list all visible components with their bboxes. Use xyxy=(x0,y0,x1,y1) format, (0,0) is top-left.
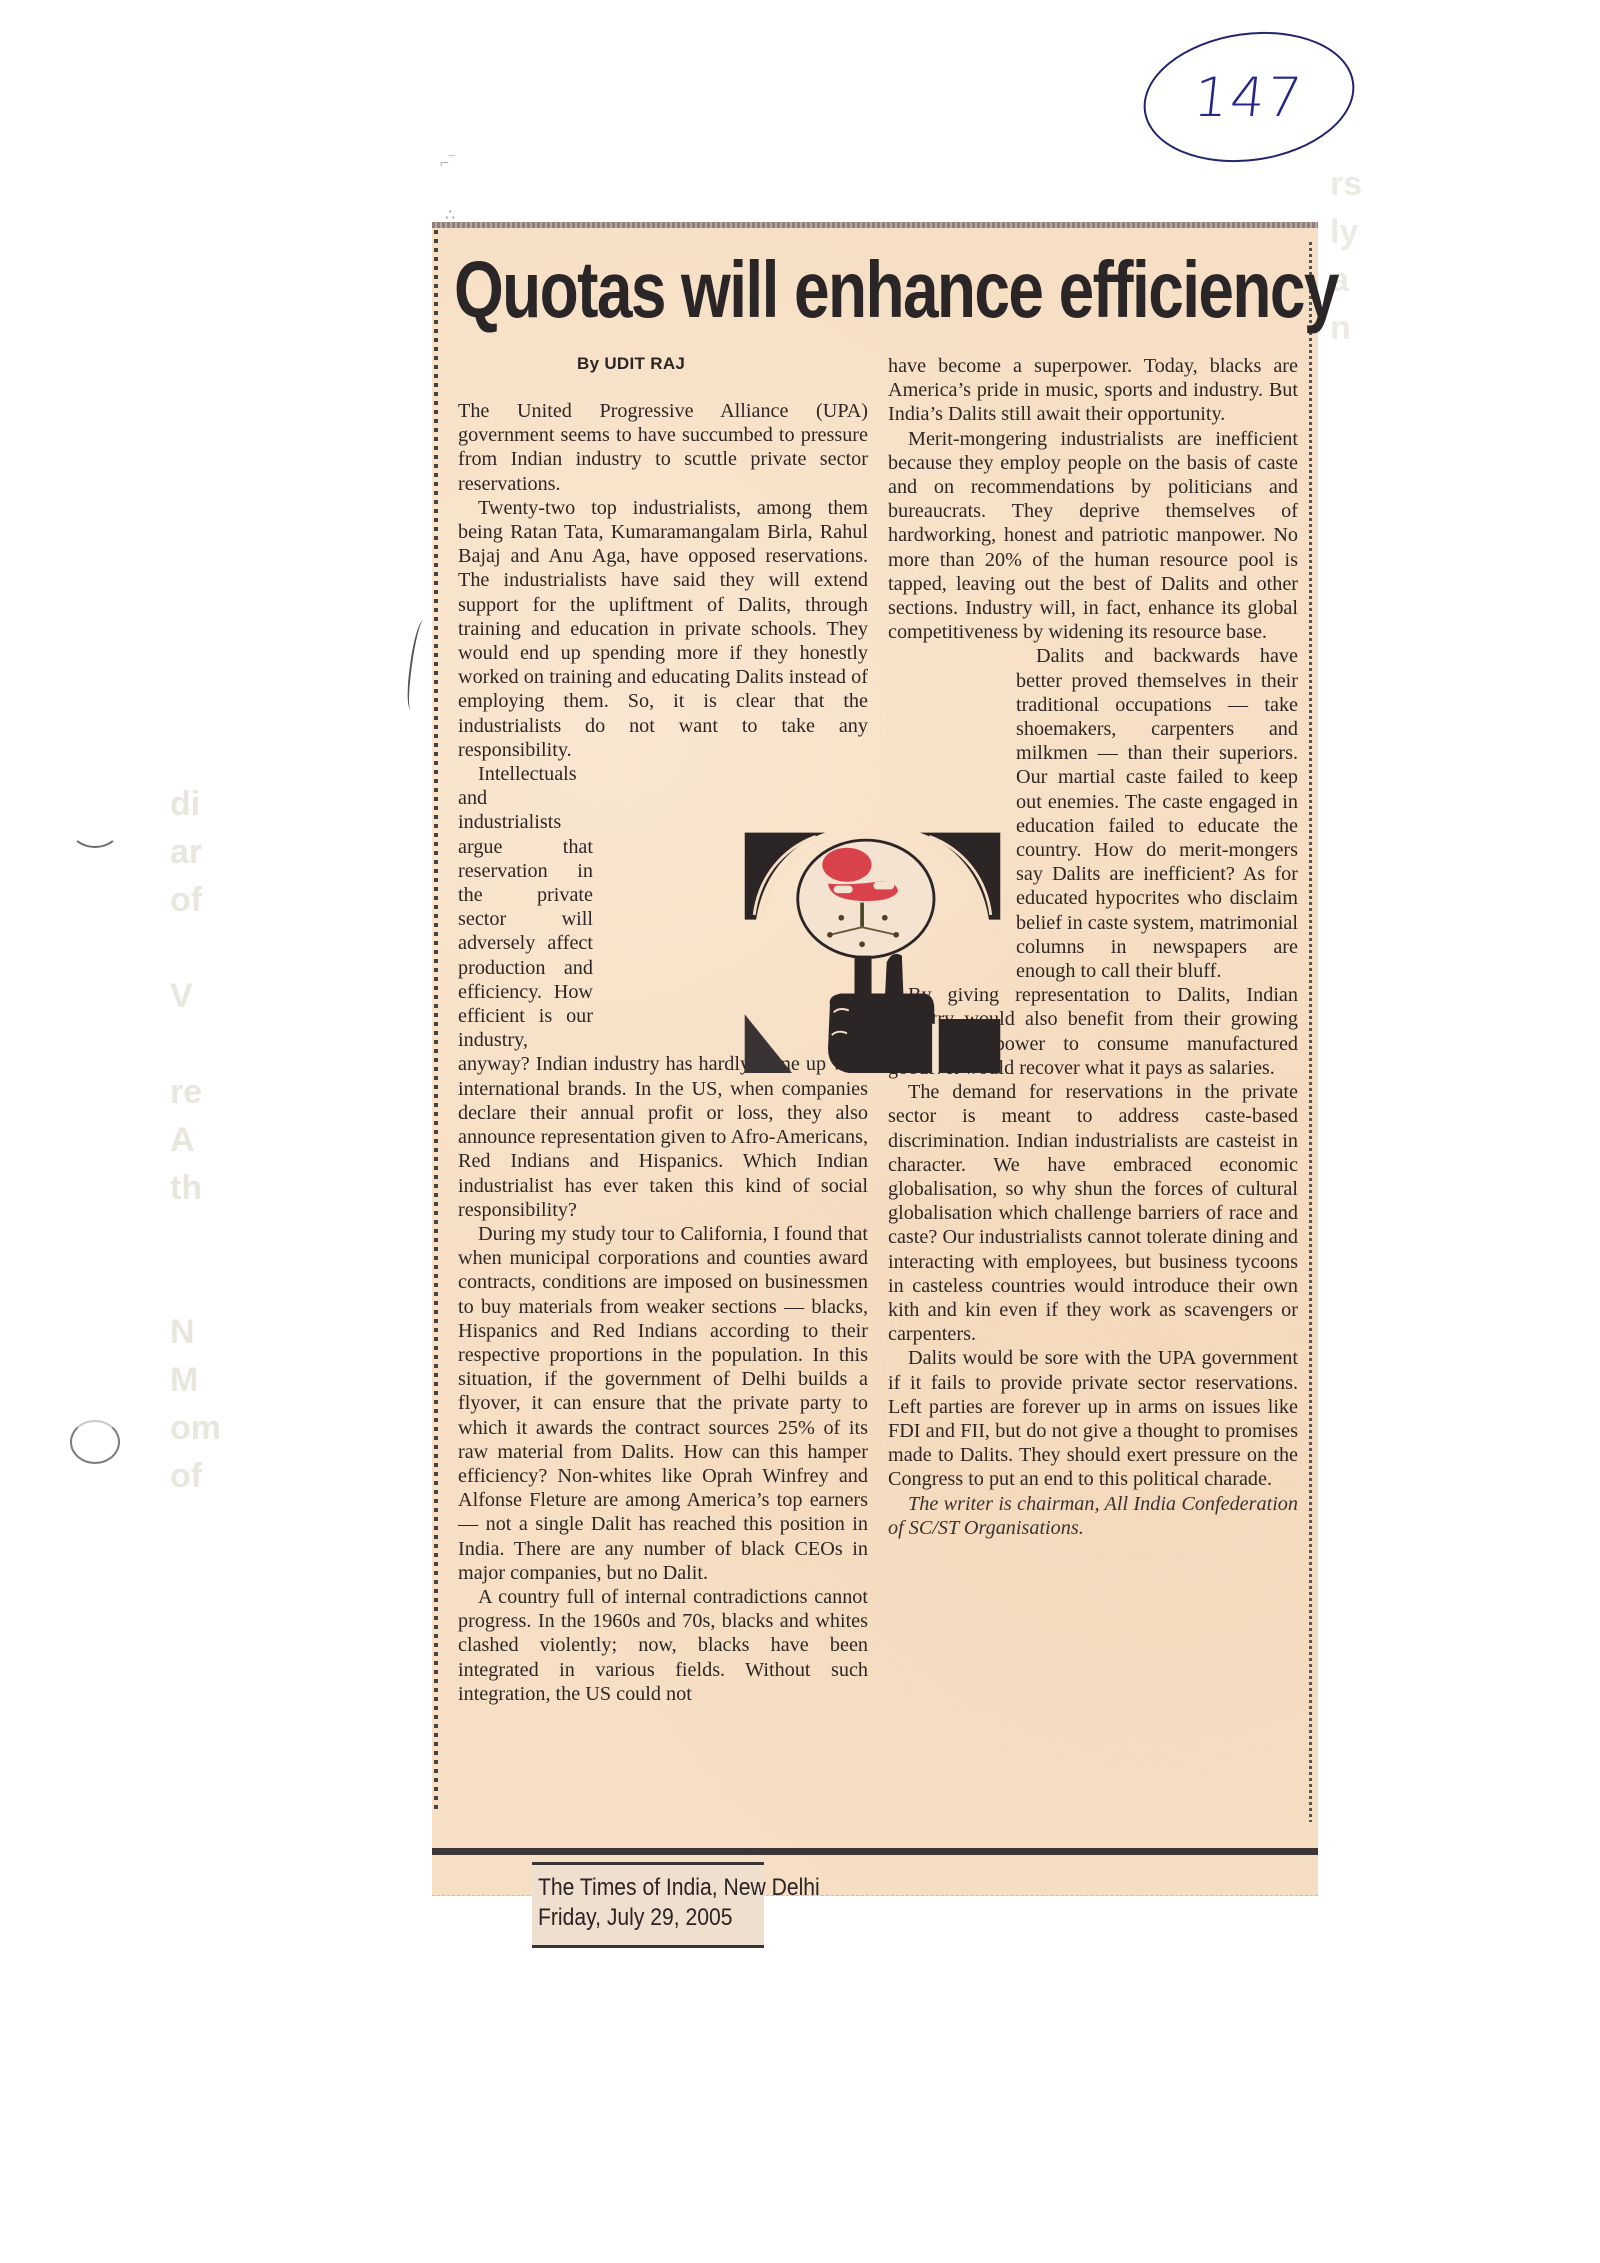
headline: Quotas will enhance efficiency xyxy=(454,248,1142,332)
paragraph: Merit-mongering industrialists are ineff… xyxy=(888,427,1298,645)
paragraph: During my study tour to California, I fo… xyxy=(458,1222,868,1585)
page-number-text: 147 xyxy=(1191,66,1307,129)
paragraph: The demand for reservations in the priva… xyxy=(888,1080,1298,1346)
illustration-thumbs-up-magnifier-chair-icon xyxy=(735,825,1010,1090)
handwritten-margin-mark xyxy=(404,619,430,710)
cut-line-right xyxy=(1309,242,1312,1822)
publication-date: Friday, July 29, 2005 xyxy=(538,1903,732,1933)
source-citation: The Times of India, New Delhi Friday, Ju… xyxy=(532,1862,764,1948)
newspaper-clipping: Quotas will enhance efficiency By UDIT R… xyxy=(432,222,1318,1896)
byline: By UDIT RAJ xyxy=(577,354,685,374)
punch-hole-top xyxy=(70,810,120,848)
paragraph: Dalits would be sore with the UPA govern… xyxy=(888,1346,1298,1491)
bleed-through-left: diarofVreAthNMomof xyxy=(170,780,221,1500)
paragraph: The United Progressive Alliance (UPA) go… xyxy=(458,399,868,496)
author-note: The writer is chairman, All India Confed… xyxy=(888,1492,1298,1540)
paragraph: have become a superpower. Today, blacks … xyxy=(888,354,1298,427)
publication-name: The Times of India, New Delhi xyxy=(538,1873,732,1903)
paragraph: A country full of internal contradiction… xyxy=(458,1585,868,1706)
stray-mark: ⌐‾ xyxy=(440,155,454,173)
handwritten-page-number: 147 xyxy=(1135,19,1363,175)
punch-hole-bottom xyxy=(70,1420,120,1464)
top-rule xyxy=(432,222,1318,228)
paragraph: Twenty-two top industrialists, among the… xyxy=(458,496,868,762)
bottom-rule xyxy=(432,1848,1318,1855)
cut-line-left xyxy=(434,230,438,1810)
